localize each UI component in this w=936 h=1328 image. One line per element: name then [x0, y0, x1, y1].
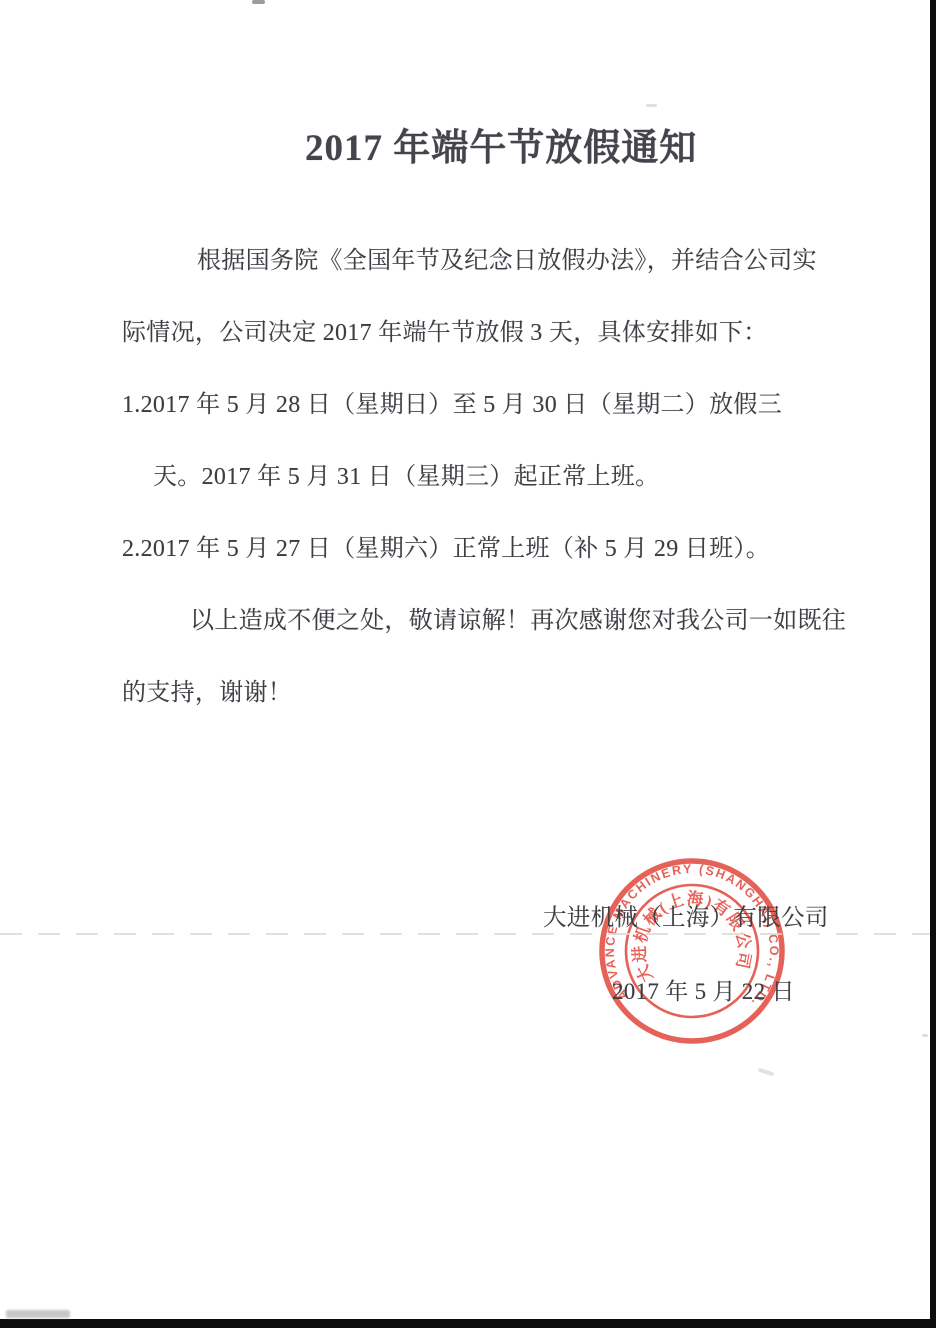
body-line-item-1-cont: 天。2017 年 5 月 31 日（星期三）起正常上班。 [153, 456, 659, 491]
scanned-notice-page: ADVANCE MACHINERY (SHANGHAI) CO., LTD. 大… [0, 0, 936, 1328]
scan-artifact-smudge [6, 1310, 70, 1318]
body-line-closing: 以上造成不便之处，敬请谅解！再次感谢您对我公司一如既往 [190, 600, 846, 635]
notice-title: 2017 年端午节放假通知 [305, 117, 697, 171]
signature-date: 2017 年 5 月 22 日 [612, 973, 795, 1006]
signature-company-name: 大进机械（上海）有限公司 [543, 898, 829, 932]
scan-artifact-speck [252, 0, 265, 4]
body-line-item-2: 2.2017 年 5 月 27 日（星期六）正常上班（补 5 月 29 日班）。 [122, 528, 770, 563]
scan-artifact-right-edge [930, 0, 936, 1328]
scan-artifact-dashed-line [0, 933, 930, 935]
body-line: 际情况，公司决定 2017 年端午节放假 3 天，具体安排如下： [122, 312, 768, 347]
scan-artifact-speck [646, 104, 657, 107]
body-line-item-1: 1.2017 年 5 月 28 日（星期日）至 5 月 30 日（星期二）放假三 [122, 384, 782, 419]
body-line: 根据国务院《全国年节及纪念日放假办法》，并结合公司实 [197, 240, 817, 275]
body-line-closing-cont: 的支持，谢谢！ [122, 672, 292, 707]
scan-artifact-bottom-edge [0, 1319, 936, 1328]
scan-artifact-speck [922, 1034, 928, 1037]
company-seal-stamp: ADVANCE MACHINERY (SHANGHAI) CO., LTD. 大… [580, 845, 810, 1060]
scan-artifact-speck [758, 1068, 774, 1077]
seal-outer-ring [590, 849, 793, 1052]
